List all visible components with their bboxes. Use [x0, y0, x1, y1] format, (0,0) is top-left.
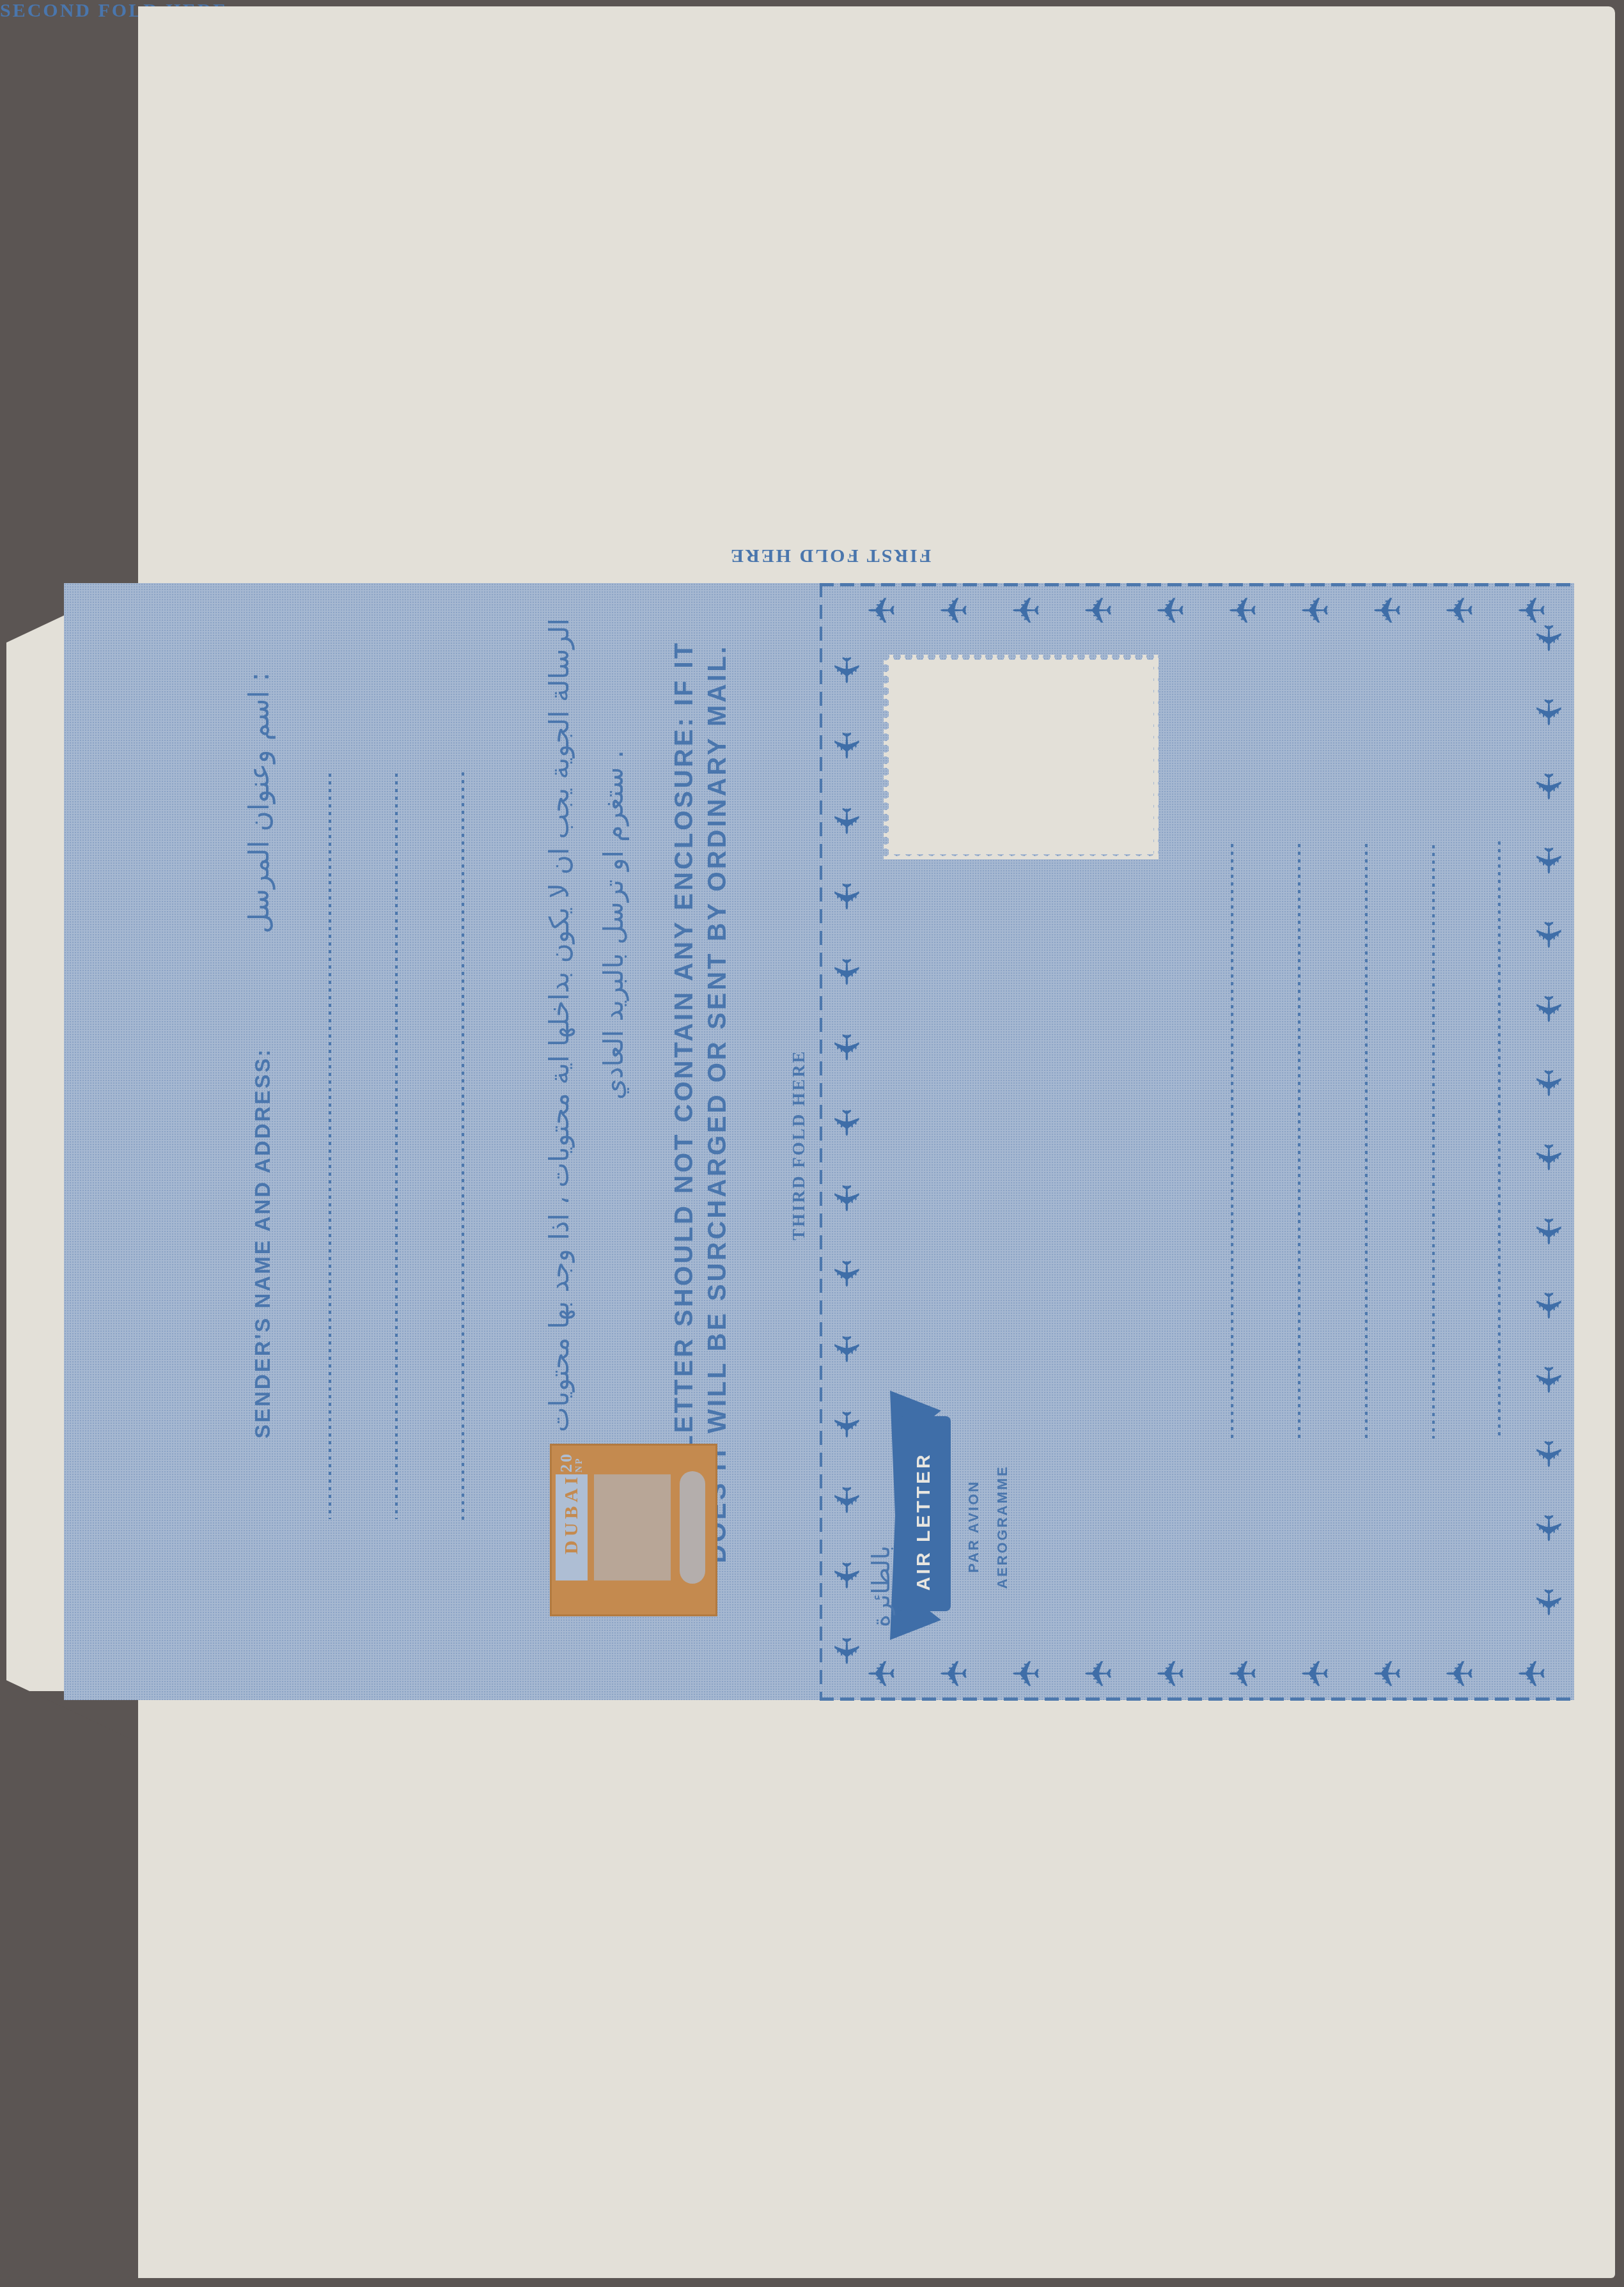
airplane-icon: ✈	[828, 1485, 864, 1515]
third-fold-label: THIRD FOLD HERE	[789, 1049, 809, 1240]
stamp-unit: NP	[575, 1456, 585, 1472]
airplane-icon: ✈	[1530, 1365, 1566, 1395]
recipient-address-line[interactable]	[1498, 841, 1501, 1436]
third-fold-line	[820, 583, 822, 1700]
airplane-icon: ✈	[1530, 698, 1566, 728]
second-fold-line	[820, 1698, 1574, 1701]
airplane-icon: ✈	[1083, 591, 1113, 627]
airplane-icon: ✈	[828, 731, 864, 761]
airplane-icon: ✈	[866, 591, 896, 627]
airplane-icon: ✈	[1530, 623, 1566, 653]
airplane-icon: ✈	[1155, 1655, 1185, 1690]
sender-label-ar: اسم وعنوان المرسل :	[243, 672, 276, 933]
recipient-address-line[interactable]	[1298, 844, 1300, 1439]
recipient-address-line[interactable]	[1365, 844, 1368, 1439]
airplane-icon: ✈	[1530, 846, 1566, 876]
airplane-icon: ✈	[828, 1033, 864, 1063]
airplane-icon: ✈	[1228, 1655, 1258, 1690]
aerogramme-label: AEROGRAMME	[994, 1465, 1011, 1589]
airplane-icon: ✈	[1530, 1068, 1566, 1098]
first-fold-label: FIRST FOLD HERE	[729, 545, 931, 566]
warning-english-line2: DOES IT WILL BE SURCHARGED OR SENT BY OR…	[703, 644, 732, 1563]
paper-bottom-section	[138, 1691, 1615, 2278]
airplane-icon: ✈	[1083, 1655, 1113, 1690]
sender-address-line[interactable]	[395, 774, 398, 1519]
airplane-icon: ✈	[828, 655, 864, 685]
airplane-icon: ✈	[1444, 1655, 1474, 1690]
airplane-icon: ✈	[1011, 591, 1041, 627]
airplane-icon: ✈	[1444, 591, 1474, 627]
airplane-icon: ✈	[1530, 1439, 1566, 1469]
warning-english-line1: AN AIR LETTER SHOULD NOT CONTAIN ANY ENC…	[670, 641, 699, 1563]
airplane-icon: ✈	[828, 1410, 864, 1440]
airplane-icon: ✈	[1530, 920, 1566, 950]
airplane-icon: ✈	[939, 1655, 969, 1690]
airplane-icon: ✈	[939, 591, 969, 627]
airplane-icon: ✈	[1228, 591, 1258, 627]
airplane-icon: ✈	[1372, 591, 1402, 627]
recipient-address-line[interactable]	[1432, 845, 1435, 1439]
sender-label-en: SENDER'S NAME AND ADDRESS:	[251, 1048, 275, 1439]
warning-arabic-line2: ستغرم او ترسل بالبريد العادي .	[598, 750, 629, 1100]
first-fold-line	[820, 583, 1574, 586]
airplane-icon: ✈	[828, 882, 864, 912]
airplane-icon: ✈	[1155, 591, 1185, 627]
airplane-icon: ✈	[1530, 994, 1566, 1024]
airplane-icon: ✈	[828, 957, 864, 987]
airplane-icon: ✈	[1011, 1655, 1041, 1690]
printed-postage-stamp: DUBAI 20 NP	[550, 1444, 717, 1616]
paper-top-section	[138, 6, 1615, 585]
airplane-icon: ✈	[1517, 591, 1547, 627]
airplane-icon: ✈	[828, 1183, 864, 1214]
blue-letter-panel	[64, 583, 1574, 1700]
airplane-icon: ✈	[1530, 1217, 1566, 1247]
stamp-country: DUBAI	[561, 1473, 582, 1554]
airplane-icon: ✈	[866, 1655, 896, 1690]
airplane-icon: ✈	[828, 1636, 864, 1666]
stamp-value: 20	[557, 1452, 576, 1472]
stamp-arabic-cartouche	[680, 1471, 705, 1584]
airplane-icon: ✈	[1530, 1143, 1566, 1173]
warning-arabic-line1: الرسالة الجوية يجب ان لا يكون بداخلها اي…	[543, 618, 575, 1432]
airplane-icon: ✈	[1517, 1655, 1547, 1690]
sender-address-line[interactable]	[462, 772, 464, 1520]
airplane-icon: ✈	[1300, 591, 1330, 627]
airplane-icon: ✈	[1300, 1655, 1330, 1690]
airplane-icon: ✈	[828, 1561, 864, 1591]
par-avion-label: PAR AVION	[965, 1480, 982, 1573]
stamp-vignette	[594, 1474, 671, 1581]
air-letter-arabic: بالطائرة	[867, 1545, 895, 1627]
airplane-icon: ✈	[1530, 1588, 1566, 1618]
airplane-icon: ✈	[1530, 1291, 1566, 1321]
sender-address-line[interactable]	[329, 774, 331, 1519]
airplane-icon: ✈	[1530, 772, 1566, 802]
airplane-icon: ✈	[828, 1334, 864, 1364]
airplane-icon: ✈	[828, 806, 864, 836]
recipient-address-line[interactable]	[1231, 844, 1233, 1439]
air-letter-label: AIR LETTER	[913, 1452, 935, 1591]
airplane-icon: ✈	[1530, 1513, 1566, 1543]
airplane-icon: ✈	[1372, 1655, 1402, 1690]
stamp-placement-area	[889, 660, 1153, 854]
airplane-icon: ✈	[828, 1108, 864, 1138]
airplane-icon: ✈	[828, 1259, 864, 1289]
